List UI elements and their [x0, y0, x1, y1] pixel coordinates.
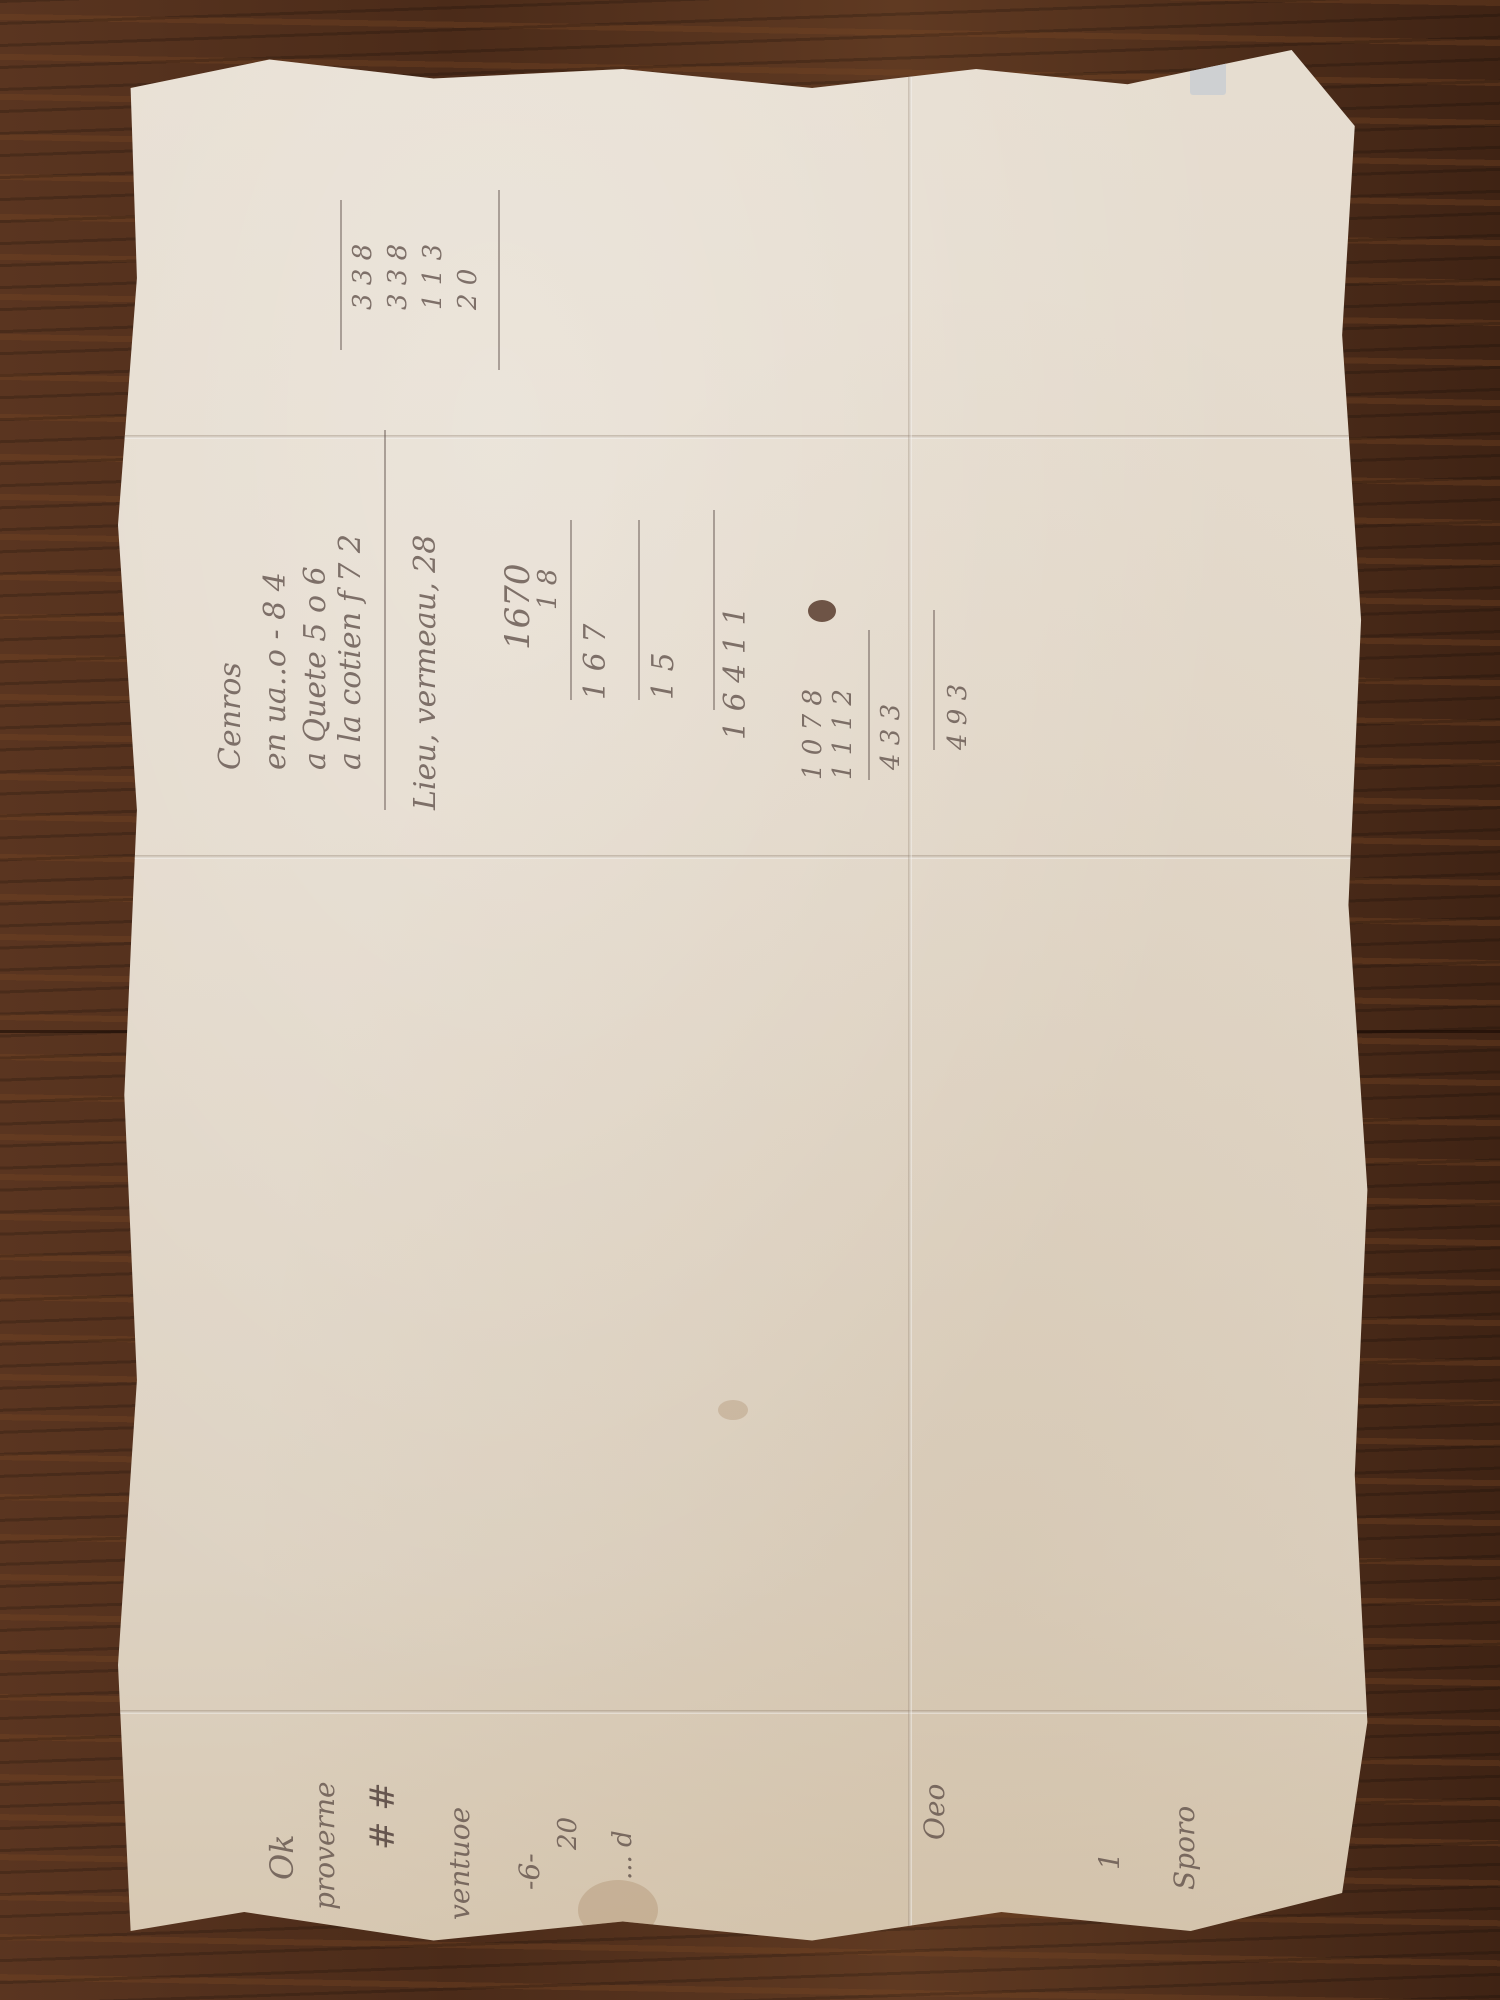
- ink-text: 3 3 8: [383, 244, 413, 310]
- fold-line: [118, 855, 1380, 859]
- ruled-line: [340, 200, 342, 350]
- fold-line: [118, 435, 1380, 439]
- ink-number: 4 9 3: [943, 684, 973, 750]
- ink-text: 1 8: [533, 569, 563, 610]
- ink-text: ventuoe: [443, 1807, 476, 1920]
- ink-number: 1 6 7: [578, 624, 613, 700]
- ink-text: Sporo: [1168, 1806, 1201, 1890]
- fold-line: [118, 1710, 1380, 1714]
- ink-text: # #: [363, 1782, 403, 1850]
- ink-number: 1 6 4 1 1: [718, 606, 753, 740]
- ink-number: 4 3 3: [876, 704, 906, 770]
- ruled-line: [384, 430, 386, 810]
- ink-text: 1 1 3: [418, 244, 448, 310]
- ink-text: a Quete 5 o 6: [298, 566, 333, 770]
- ruled-line: [933, 610, 935, 750]
- ink-text: Cenros: [213, 662, 248, 770]
- fold-line: [908, 50, 912, 1950]
- ink-text: Oeo: [918, 1784, 951, 1840]
- ink-text: proverne: [308, 1781, 341, 1910]
- ink-text: 1: [1093, 1852, 1126, 1870]
- ink-text: Ok: [263, 1834, 301, 1880]
- ink-text: a la cotien f 7 2: [333, 534, 368, 770]
- ruled-line: [713, 510, 715, 710]
- ink-text: 3 3 8: [348, 244, 378, 310]
- ink-number: 1 5: [646, 652, 681, 700]
- ruled-line: [498, 190, 500, 370]
- manuscript-page: 3 3 8 3 3 8 1 1 3 2 0 Cenros en ua..o - …: [118, 50, 1380, 1950]
- stain: [718, 1400, 748, 1420]
- ink-blot: [808, 600, 836, 622]
- ruled-line: [570, 520, 572, 700]
- ink-number: 1 1 1 2: [828, 689, 858, 780]
- ink-text: 2 0: [453, 269, 483, 310]
- ink-text: 1670: [498, 563, 538, 650]
- ink-text: -6-: [513, 1853, 546, 1890]
- ink-text: 20: [553, 1817, 583, 1850]
- ink-number: 1 0 7 8: [798, 689, 828, 780]
- ink-text: en ua..o - 8 4: [258, 572, 293, 770]
- ink-text: ... d: [608, 1830, 638, 1880]
- ruled-line: [868, 630, 870, 780]
- ink-text: Lieu, vermeau, 28: [408, 535, 443, 810]
- ruled-line: [638, 520, 640, 700]
